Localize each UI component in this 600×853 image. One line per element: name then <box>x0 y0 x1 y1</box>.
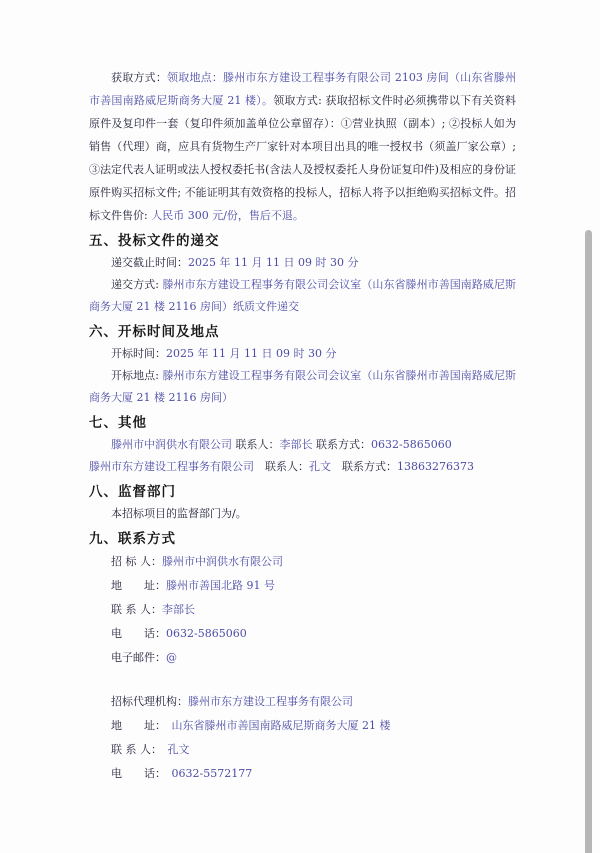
text-line: 本招标项目的监督部门为/。 <box>89 503 516 525</box>
text-segment: 递交截止时间： <box>111 256 188 269</box>
text-segment: 联系人： <box>232 438 280 451</box>
text-segment: 滕州市东方建设工程事务有限公司 <box>188 695 353 708</box>
text-line: 滕州市东方建设工程事务有限公司 联系人：孔文 联系方式：13863276373 <box>89 456 516 478</box>
sections: 五、投标文件的递交递交截止时间：2025 年 11 月 11 日 09 时 30… <box>89 230 516 786</box>
text-segment: 滕州市善国北路 91 号 <box>166 579 275 592</box>
text-segment: 地 址： <box>111 579 166 592</box>
section-heading-1: 五、投标文件的递交 <box>89 230 516 252</box>
text-segment: 联 系 人： <box>111 603 162 616</box>
text-segment: 滕州市东方建设工程事务有限公司 <box>89 460 254 473</box>
document-page: 获取方式：领取地点：滕州市东方建设工程事务有限公司 2103 房间（山东省滕州市… <box>0 0 600 853</box>
text-segment: 招 标 人： <box>111 555 162 568</box>
text-segment: 2025 年 11 月 11 日 09 时 30 分 <box>166 347 336 360</box>
text-segment: 孔文 <box>309 460 331 473</box>
text-line: 递交方式: 滕州市东方建设工程事务有限公司会议室（山东省滕州市善国南路威尼斯商务… <box>89 274 516 318</box>
text-segment: 0632-5572177 <box>161 767 253 780</box>
text-segment: 孔文 <box>157 743 190 756</box>
text-line: 滕州市中润供水有限公司 联系人：李部长 联系方式：0632-5865060 <box>89 434 516 456</box>
intro-segment: 领取方式: 获取招标文件时必须携带以下有关资料原件及复印件一套（复印件须加盖单位… <box>89 94 516 222</box>
text-segment: 滕州市中润供水有限公司 <box>162 555 283 568</box>
text-line: 联 系 人：李部长 <box>89 598 516 622</box>
text-segment: 本招标项目的监督部门为/。 <box>111 507 247 520</box>
text-line: 联 系 人： 孔文 <box>89 738 516 762</box>
scrollbar-thumb[interactable] <box>585 230 592 853</box>
text-line: 电 话： 0632-5572177 <box>89 762 516 786</box>
section-heading-5: 九、联系方式 <box>89 528 516 550</box>
text-line: 电子邮件：@ <box>89 646 516 670</box>
text-segment: 电 话： <box>111 627 166 640</box>
text-segment: 地 址： <box>111 719 161 732</box>
text-line: 开标地点: 滕州市东方建设工程事务有限公司会议室（山东省滕州市善国南路威尼斯商务… <box>89 365 516 409</box>
text-segment: 联系方式： <box>331 460 397 473</box>
intro-paragraph: 获取方式：领取地点：滕州市东方建设工程事务有限公司 2103 房间（山东省滕州市… <box>89 66 516 227</box>
text-segment: 0632-5865060 <box>166 627 247 640</box>
text-segment: 电子邮件： <box>111 651 166 664</box>
intro-segment: 获取方式： <box>111 71 167 84</box>
text-line: 招标代理机构：滕州市东方建设工程事务有限公司 <box>89 690 516 714</box>
text-line: 递交截止时间：2025 年 11 月 11 日 09 时 30 分 <box>89 252 516 274</box>
text-segment: 2025 年 11 月 11 日 09 时 30 分 <box>188 256 358 269</box>
text-line: 地 址： 山东省滕州市善国南路威尼斯商务大厦 21 楼 <box>89 714 516 738</box>
text-segment: 联 系 人： <box>111 743 157 756</box>
text-line: 开标时间：2025 年 11 月 11 日 09 时 30 分 <box>89 343 516 365</box>
section-heading-3: 七、其他 <box>89 412 516 434</box>
text-line: 地 址：滕州市善国北路 91 号 <box>89 574 516 598</box>
intro-segment: 人民币 300 元/份，售后不退。 <box>151 209 304 222</box>
text-segment: 联系人： <box>254 460 309 473</box>
text-segment: 开标时间： <box>111 347 166 360</box>
section-heading-2: 六、开标时间及地点 <box>89 321 516 343</box>
text-segment: 李部长 <box>280 438 313 451</box>
scrollbar-track[interactable] <box>584 0 592 853</box>
text-segment: 开标地点: <box>111 369 162 382</box>
text-segment: 电 话： <box>111 767 161 780</box>
text-segment: 联系方式： <box>313 438 372 451</box>
text-segment: @ <box>166 651 177 664</box>
text-segment: 招标代理机构： <box>111 695 188 708</box>
text-line: 电 话：0632-5865060 <box>89 622 516 646</box>
section-heading-4: 八、监督部门 <box>89 481 516 503</box>
document-content: 获取方式：领取地点：滕州市东方建设工程事务有限公司 2103 房间（山东省滕州市… <box>89 66 516 786</box>
text-segment: 递交方式: <box>111 278 162 291</box>
text-segment: 13863276373 <box>397 460 474 473</box>
text-segment: 山东省滕州市善国南路威尼斯商务大厦 21 楼 <box>161 719 391 732</box>
text-segment: 0632-5865060 <box>371 438 452 451</box>
text-line: 招 标 人：滕州市中润供水有限公司 <box>89 550 516 574</box>
text-segment: 李部长 <box>162 603 195 616</box>
text-segment: 滕州市中润供水有限公司 <box>111 438 232 451</box>
